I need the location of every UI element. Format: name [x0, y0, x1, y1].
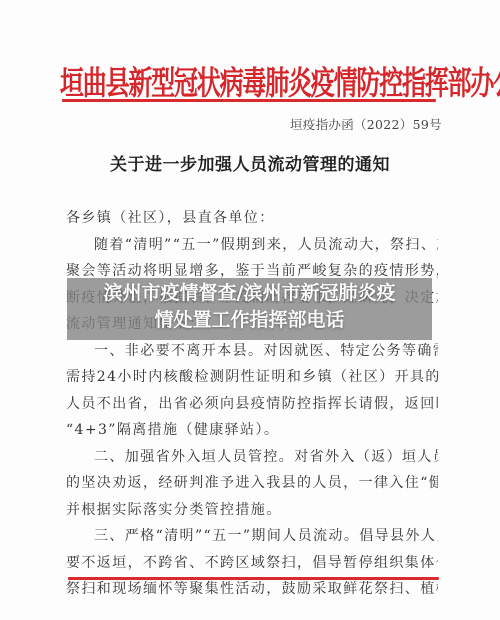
body-line: 一、非必要不离开本县。对因就医、特定公务等确需离垣的， [66, 338, 438, 365]
document-number: 垣疫指办函（2022）59号 [290, 115, 442, 133]
notice-title: 关于进一步加强人员流动管理的通知 [0, 150, 500, 175]
letterhead-red-rule [62, 99, 436, 102]
caption-overlay-title: 滨州市疫情督查/滨州市新冠肺炎疫 情处置工作指挥部电话 [67, 280, 432, 334]
body-line: 并根据实际落实分类管控措施。 [66, 497, 438, 524]
footer-red-rule [68, 577, 439, 580]
body-line: 的坚决劝返，经研判准予进入我县的人员，一律入住“健康驿站”， [66, 470, 438, 497]
body-line: 各乡镇（社区），县直各单位： [66, 205, 438, 232]
body-line: “4+3”隔离措施（健康驿站）。 [66, 417, 438, 444]
document-page: 垣曲县新型冠状病毒肺炎疫情防控指挥部办公室 垣疫指办函（2022）59号 关于进… [0, 0, 500, 620]
body-line: 要不返垣，不跨省、不跨区域祭扫，倡导暂停组织集体公祭、家族 [66, 550, 438, 577]
body-line: 人员不出省，出省必须向县疫情防控指挥长请假，返回时必须执行 [66, 391, 438, 418]
body-line: 三、严格“清明”“五一”期间人员流动。倡导县外人员非必 [66, 523, 438, 550]
body-line: 二、加强省外入垣人员管控。对省外入（返）垣人员，该劝返 [66, 444, 438, 471]
notice-body: 各乡镇（社区），县直各单位： 随着“清明”“五一”假期到来，人员流动大，祭扫、旅… [66, 205, 438, 603]
caption-line-2: 情处置工作指挥部电话 [67, 307, 432, 334]
body-line: 随着“清明”“五一”假期到来，人员流动大，祭扫、旅游、 [66, 232, 438, 259]
letterhead-title: 垣曲县新型冠状病毒肺炎疫情防控指挥部办公室 [60, 56, 440, 103]
caption-line-1: 滨州市疫情督查/滨州市新冠肺炎疫 [67, 280, 432, 307]
body-line: 需持24小时内核酸检测阴性证明和乡镇（社区）开具的证明。公职 [66, 364, 438, 391]
